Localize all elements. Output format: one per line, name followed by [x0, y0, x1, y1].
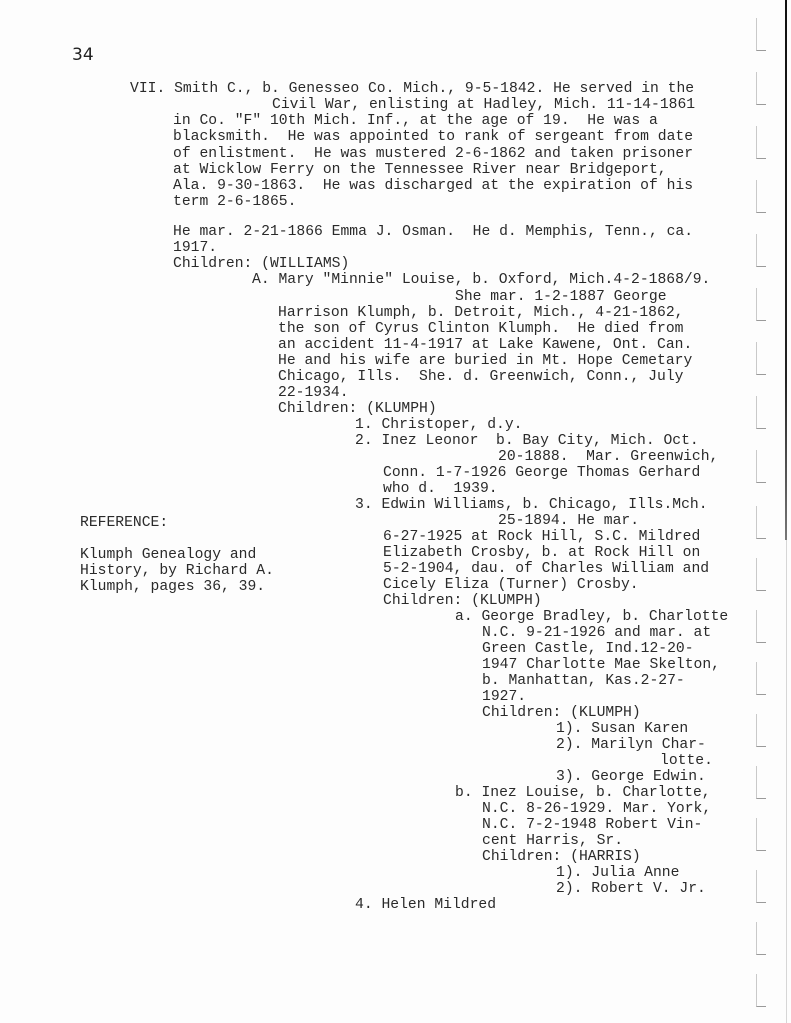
marriage-line: He mar. 2-21-1866 Emma J. Osman. He d. M… [173, 224, 693, 240]
reference-line: Klumph Genealogy and [80, 547, 256, 563]
page-edge-line [786, 540, 787, 1023]
margin-bracket [756, 342, 766, 375]
grandchild-line: 6-27-1925 at Rock Hill, S.C. Mildred [383, 529, 700, 545]
descendant-line: 1). Julia Anne [556, 865, 679, 881]
descendant-line: 3). George Edwin. [556, 769, 706, 785]
reference-line: History, by Richard A. [80, 563, 274, 579]
descendant-line: 1). Susan Karen [556, 721, 688, 737]
great-grandchild-line: N.C. 7-2-1948 Robert Vin- [482, 817, 702, 833]
grandchild-line: Cicely Eliza (Turner) Crosby. [383, 577, 639, 593]
marriage-line: 1917. [173, 240, 217, 256]
grandchild-line: Conn. 1-7-1926 George Thomas Gerhard [383, 465, 700, 481]
margin-bracket [756, 870, 766, 903]
descendant-line: 2). Marilyn Char- [556, 737, 706, 753]
margin-bracket [756, 558, 766, 591]
children-heading-williams: Children: (WILLIAMS) [173, 256, 349, 272]
entry-line: term 2-6-1865. [173, 194, 296, 210]
margin-bracket [756, 506, 766, 539]
children-heading-klumph: Children: (KLUMPH) [278, 401, 437, 417]
margin-bracket [756, 396, 766, 429]
margin-bracket [756, 922, 766, 955]
reference-heading: REFERENCE: [80, 515, 168, 531]
grandchild-line: 3. Edwin Williams, b. Chicago, Ills.Mch. [355, 497, 708, 513]
great-grandchild-line: cent Harris, Sr. [482, 833, 623, 849]
margin-bracket [756, 974, 766, 1007]
margin-bracket [756, 610, 766, 643]
grandchild-line: who d. 1939. [383, 481, 498, 497]
margin-bracket [756, 180, 766, 213]
grandchild-line: 20-1888. Mar. Greenwich, [498, 449, 718, 465]
children-heading-klumph: Children: (KLUMPH) [482, 705, 641, 721]
great-grandchild-line: N.C. 9-21-1926 and mar. at [482, 625, 711, 641]
entry-line: in Co. "F" 10th Mich. Inf., at the age o… [173, 113, 658, 129]
grandchild-line: 25-1894. He mar. [498, 513, 639, 529]
margin-bracket [756, 450, 766, 483]
margin-bracket [756, 662, 766, 695]
margin-bracket [756, 818, 766, 851]
margin-bracket [756, 72, 766, 105]
great-grandchild-line: 1947 Charlotte Mae Skelton, [482, 657, 720, 673]
margin-bracket [756, 18, 766, 51]
child-line: She mar. 1-2-1887 George [455, 289, 667, 305]
grandchild-line: 4. Helen Mildred [355, 897, 496, 913]
great-grandchild-line: b. Inez Louise, b. Charlotte, [455, 785, 711, 801]
entry-line: blacksmith. He was appointed to rank of … [173, 129, 693, 145]
entry-line: of enlistment. He was mustered 2-6-1862 … [173, 146, 693, 162]
reference-line: Klumph, pages 36, 39. [80, 579, 265, 595]
entry-line: VII. Smith C., b. Genesseo Co. Mich., 9-… [130, 81, 694, 97]
child-line: an accident 11-4-1917 at Lake Kawene, On… [278, 337, 692, 353]
margin-bracket [756, 288, 766, 321]
grandchild-line: 1. Christoper, d.y. [355, 417, 522, 433]
great-grandchild-line: b. Manhattan, Kas.2-27- [482, 673, 685, 689]
margin-bracket [756, 766, 766, 799]
grandchild-line: 5-2-1904, dau. of Charles William and [383, 561, 709, 577]
grandchild-line: 2. Inez Leonor b. Bay City, Mich. Oct. [355, 433, 699, 449]
great-grandchild-line: a. George Bradley, b. Charlotte [455, 609, 728, 625]
child-line: A. Mary "Minnie" Louise, b. Oxford, Mich… [252, 272, 710, 288]
entry-line: at Wicklow Ferry on the Tennessee River … [173, 162, 667, 178]
page-edge-line [785, 0, 787, 540]
child-line: Chicago, Ills. She. d. Greenwich, Conn.,… [278, 369, 683, 385]
page-number: 34 [72, 45, 94, 65]
child-line: He and his wife are buried in Mt. Hope C… [278, 353, 692, 369]
child-line: the son of Cyrus Clinton Klumph. He died… [278, 321, 683, 337]
great-grandchild-line: 1927. [482, 689, 526, 705]
child-line: 22-1934. [278, 385, 349, 401]
children-heading-klumph: Children: (KLUMPH) [383, 593, 542, 609]
great-grandchild-line: Green Castle, Ind.12-20- [482, 641, 694, 657]
margin-bracket [756, 126, 766, 159]
great-grandchild-line: N.C. 8-26-1929. Mar. York, [482, 801, 711, 817]
descendant-line: 2). Robert V. Jr. [556, 881, 706, 897]
children-heading-harris: Children: (HARRIS) [482, 849, 641, 865]
child-line: Harrison Klumph, b. Detroit, Mich., 4-21… [278, 305, 683, 321]
document-page: 34 VII. Smith C., b. Genesseo Co. Mich.,… [0, 0, 791, 1023]
entry-line: Ala. 9-30-1863. He was discharged at the… [173, 178, 693, 194]
entry-line: Civil War, enlisting at Hadley, Mich. 11… [272, 97, 695, 113]
descendant-line: lotte. [660, 753, 713, 769]
margin-bracket [756, 234, 766, 267]
margin-bracket [756, 714, 766, 747]
grandchild-line: Elizabeth Crosby, b. at Rock Hill on [383, 545, 700, 561]
